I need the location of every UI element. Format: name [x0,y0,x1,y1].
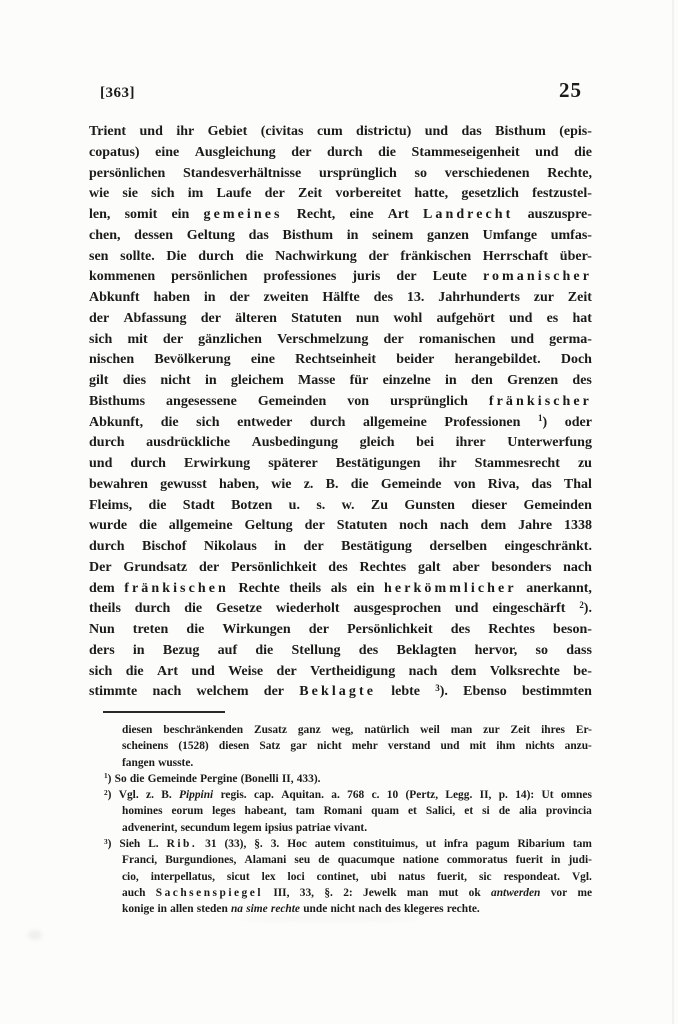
page-header: [363] 25 [89,78,592,103]
text-line: auchSachsenspiegelIII,33,§.2:Jewelkmanmu… [104,887,592,903]
text-line: cio,interpellatus,sicutlexlocicontinet,u… [104,871,592,887]
text-line: unddurchErwirkungspätererBestätigungenih… [89,456,592,477]
text-line: theilsdurchdieGesetzewiederholtausgespro… [89,601,592,622]
text-line: DerGrundsatzderPersönlichkeitdesRechtesg… [89,560,592,581]
text-line: demfränkischenRechtetheilsalseinherkömml… [89,581,592,602]
archive-reference: [363] [89,85,135,102]
text-line: kommenenpersönlichenprofessionesjurisder… [89,269,592,290]
text-line: sensollte.DiedurchdieNachwirkungderfränk… [89,249,592,270]
text-line: durchBischofNikolausinderBestätigungders… [89,539,592,560]
text-line: 3)SiehL.Rib.31(33),§.3.Hocautemconstitui… [104,838,592,854]
text-line: 1)SodieGemeindePergine(BonelliII,433). [104,773,592,789]
text-line: len,somiteingemeinesRecht,eineArtLandrec… [89,207,592,228]
text-line: persönlichenStandesverhältnisseursprüngl… [89,166,592,187]
text-line: durchausdrücklicheAusbedingunggleichbeii… [89,435,592,456]
text-line: NuntretendieWirkungenderPersönlichkeitde… [89,622,592,643]
text-line: TrientundihrGebiet(civitascumdistrictu)u… [89,124,592,145]
text-line: dersinBezugaufdieStellungdesBeklagtenher… [89,643,592,664]
text-line: stimmtenachwelchemderBeklagtelebte3).Ebe… [89,684,592,705]
footnote-separator [103,711,225,713]
page-number: 25 [559,78,592,103]
text-line: chen,dessenGeltungdasBisthuminseinemganz… [89,228,592,249]
text-line: derAbfassungderälterenStatutennunwohlauf… [89,311,592,332]
text-line: AbkunfthabeninderzweitenHälftedes13.Jahr… [89,290,592,311]
text-line: Abkunft,diesichentwederdurchallgemeinePr… [89,415,592,436]
text-line: homineseorumlegeshabeant,tamRomaniquamet… [104,805,592,821]
main-text: TrientundihrGebiet(civitascumdistrictu)u… [89,124,592,705]
text-line: fangenwusste. [104,757,592,773]
text-line: advenerint,secundumlegemipsiuspatriaeviv… [104,822,592,838]
text-line: konigeinallenstedennasimerechteundenicht… [104,903,592,919]
text-line: scheinens(1528)diesenSatzgarnichtmehrver… [104,740,592,756]
text-line: Fleims,dieStadtBotzenu.s.w.ZuGunstendies… [89,498,592,519]
text-line: wurdedieallgemeineGeltungderStatutennoch… [89,518,592,539]
footnotes-block: diesenbeschränkendenZusatzganzweg,natürl… [104,724,592,920]
text-line: copatus)eineAusgleichungderdurchdieStamm… [89,145,592,166]
text-line: Franci,Burgundiones,Alamaniseudequacumqu… [104,854,592,870]
text-line: giltdiesnichtingleichemMassefüreinzelnei… [89,373,592,394]
text-line: sichdieArtundWeisederVertheidigungnachde… [89,664,592,685]
book-page: [363] 25 TrientundihrGebiet(civitascumdi… [0,0,678,1024]
scan-artifact [28,930,42,940]
text-line: bewahrengewussthaben,wiez.B.dieGemeindev… [89,477,592,498]
text-line: BisthumsangesesseneGemeindenvonursprüngl… [89,394,592,415]
text-line: 2)Vgl.z.B.Pippiniregis.cap.Aquitan.a.768… [104,789,592,805]
text-line: diesenbeschränkendenZusatzganzweg,natürl… [104,724,592,740]
text-line: sichmitdergänzlichenVerschmelzungderroma… [89,332,592,353]
text-line: wiesiesichimLaufederZeitvorbereitethatte… [89,186,592,207]
text-line: nischenBevölkerungeineRechtseinheitbeide… [89,352,592,373]
